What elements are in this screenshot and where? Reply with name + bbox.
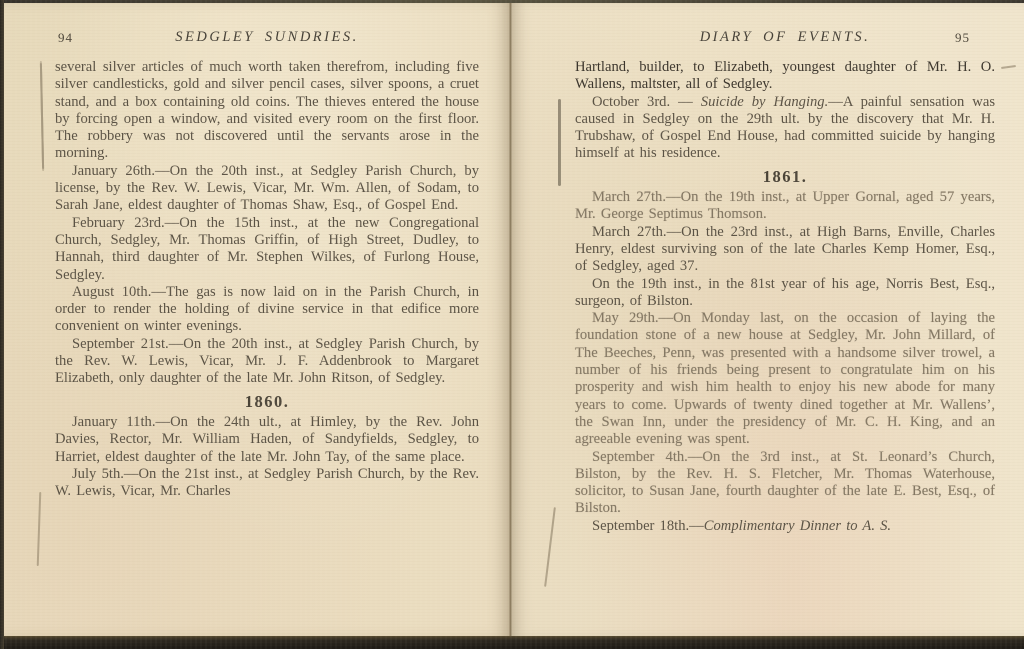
scan-edge-bottom (0, 636, 1024, 649)
body-text: September 4th.—On the 3rd inst., at St. … (575, 449, 995, 517)
body-text: several silver articles of much worth ta… (55, 59, 479, 161)
right-page-body: Hartland, builder, to Elizabeth, younges… (575, 59, 995, 535)
paragraph: September 4th.—On the 3rd inst., at St. … (575, 449, 995, 518)
body-text: September 18th.— (592, 518, 704, 534)
paragraph: July 5th.—On the 21st inst., at Sedgley … (55, 466, 479, 501)
paragraph: On the 19th inst., in the 81st year of h… (575, 276, 995, 311)
body-text: May 29th.—On Monday last, on the occasio… (575, 310, 995, 447)
left-page-body: several silver articles of much worth ta… (55, 59, 479, 500)
paragraph: May 29th.—On Monday last, on the occasio… (575, 310, 995, 448)
body-text: August 10th.—The gas is now laid on in t… (55, 284, 479, 335)
scan-edge-left (0, 0, 4, 649)
body-text: September 21st.—On the 20th inst., at Se… (55, 336, 479, 387)
right-running-header: DIARY OF EVENTS. (575, 29, 995, 46)
body-text: February 23rd.—On the 15th inst., at the… (55, 215, 479, 283)
body-text: March 27th.—On the 23rd inst., at High B… (575, 224, 995, 275)
body-text: July 5th.—On the 21st inst., at Sedgley … (55, 466, 479, 499)
left-page: 94 SEDGLEY SUNDRIES. several silver arti… (4, 3, 511, 636)
scanned-book-spread: 94 SEDGLEY SUNDRIES. several silver arti… (0, 0, 1024, 649)
italic-text: Complimentary Dinner to A. S. (704, 518, 891, 534)
page-gutter (509, 0, 512, 649)
body-text: Hartland, builder, to Elizabeth, younges… (575, 59, 995, 92)
right-page-number: 95 (955, 30, 970, 46)
paragraph: March 27th.—On the 23rd inst., at High B… (575, 224, 995, 276)
paragraph: January 11th.—On the 24th ult., at Himle… (55, 414, 479, 466)
paragraph: February 23rd.—On the 15th inst., at the… (55, 215, 479, 284)
paragraph: September 18th.—Complimentary Dinner to … (575, 518, 995, 535)
body-text: January 26th.—On the 20th inst., at Sedg… (55, 163, 479, 214)
body-text: March 27th.—On the 19th inst., at Upper … (575, 189, 995, 222)
paragraph: Hartland, builder, to Elizabeth, younges… (575, 59, 995, 94)
year-heading: 1861. (575, 168, 995, 185)
body-text: On the 19th inst., in the 81st year of h… (575, 276, 995, 309)
left-running-header: SEDGLEY SUNDRIES. (55, 29, 479, 46)
pencil-mark (558, 99, 561, 186)
scan-edge-top (0, 0, 1024, 3)
paragraph: August 10th.—The gas is now laid on in t… (55, 284, 479, 336)
paragraph: October 3rd. — Suicide by Hanging.—A pai… (575, 94, 995, 163)
body-text: January 11th.—On the 24th ult., at Himle… (55, 414, 479, 465)
body-text: October 3rd. — (592, 94, 701, 110)
paragraph: several silver articles of much worth ta… (55, 59, 479, 163)
right-page: DIARY OF EVENTS. 95 Hartland, builder, t… (511, 3, 1024, 636)
year-heading: 1860. (55, 393, 479, 410)
italic-text: Suicide by Hanging. (701, 94, 829, 110)
paragraph: March 27th.—On the 19th inst., at Upper … (575, 189, 995, 224)
paragraph: September 21st.—On the 20th inst., at Se… (55, 336, 479, 388)
paragraph: January 26th.—On the 20th inst., at Sedg… (55, 163, 479, 215)
